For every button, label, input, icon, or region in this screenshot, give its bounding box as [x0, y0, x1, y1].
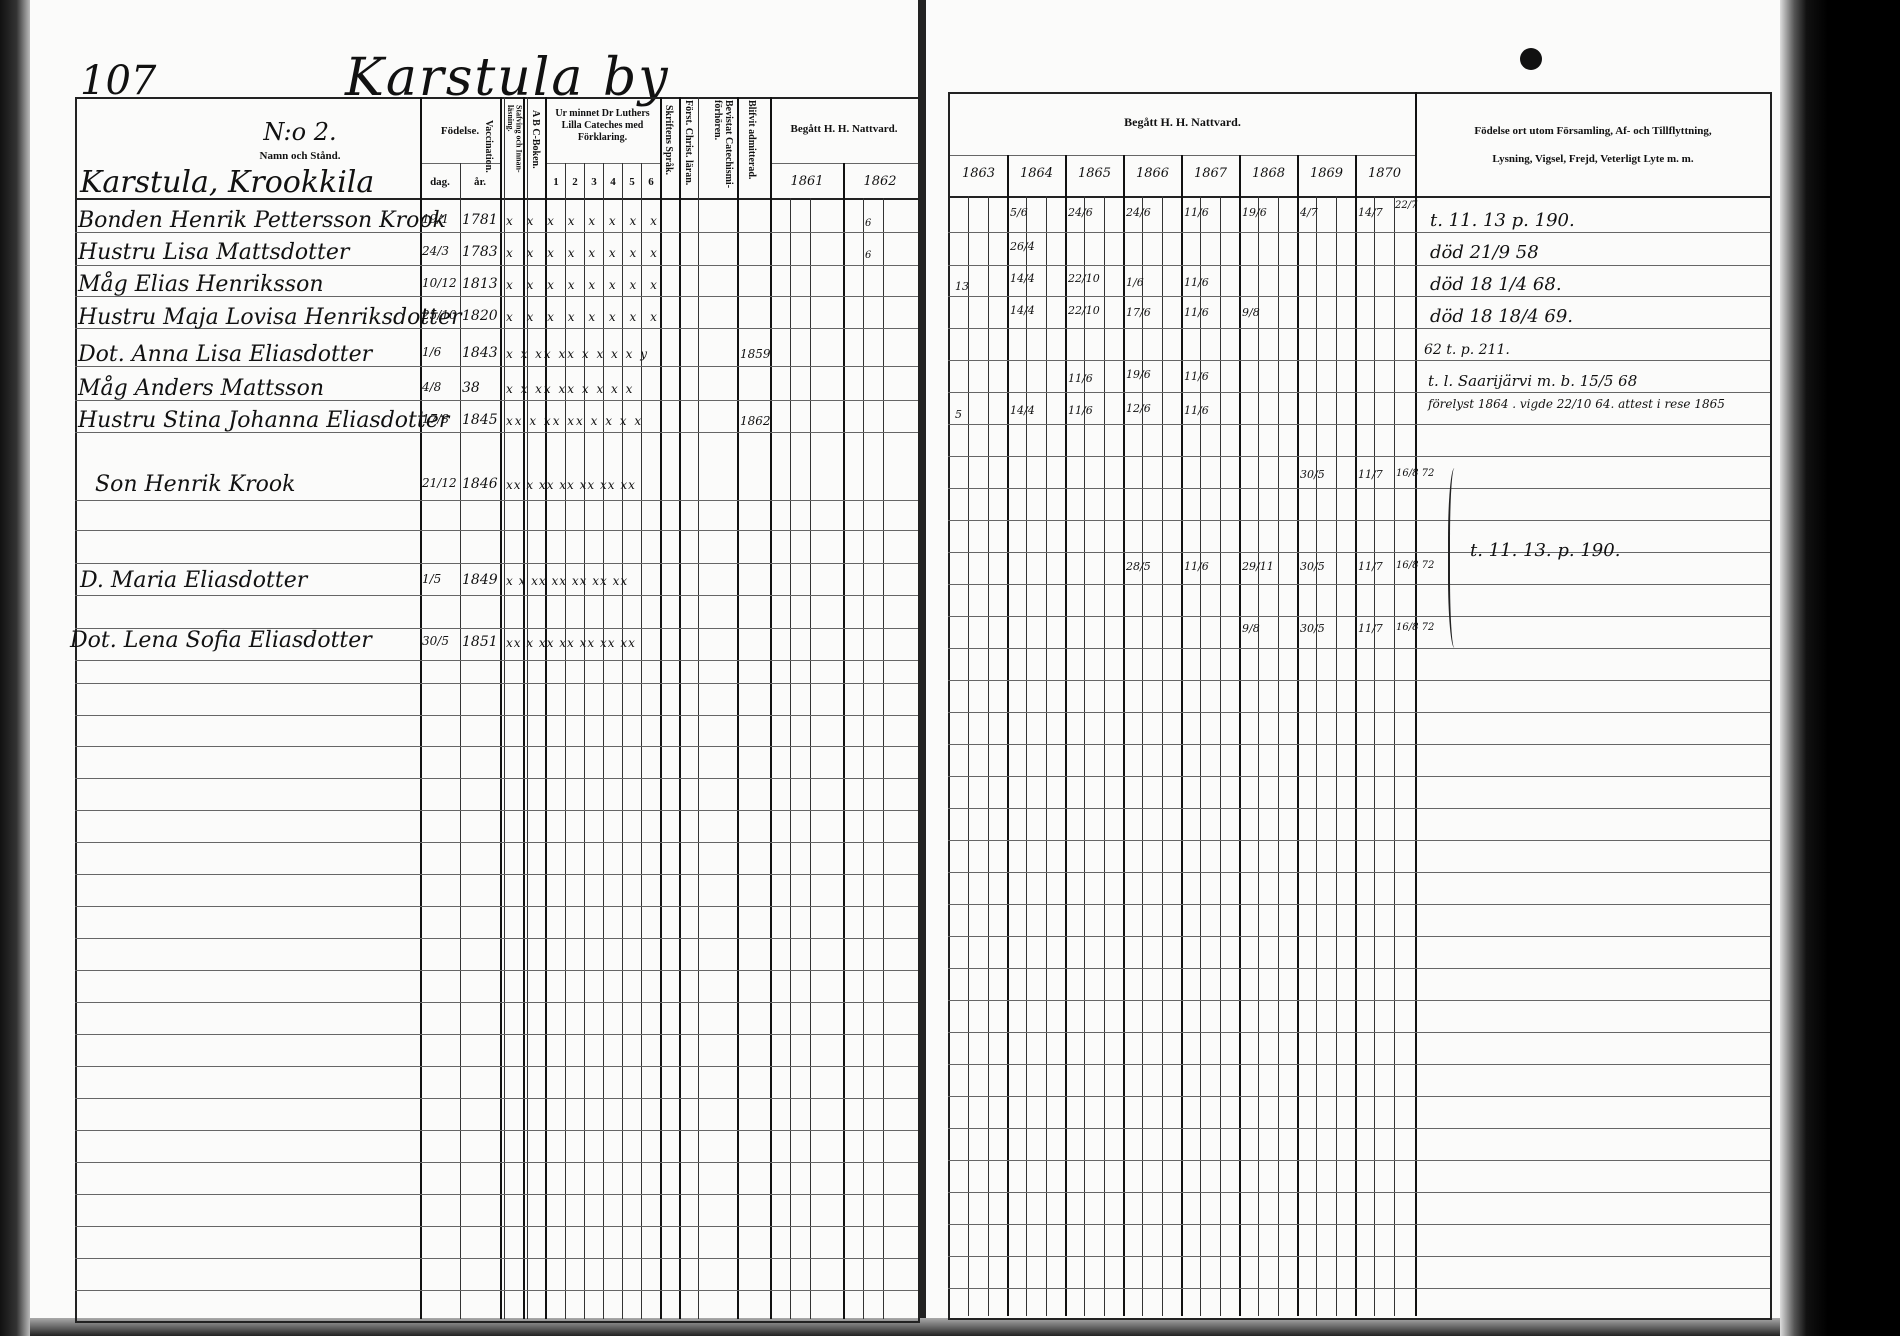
row-rule	[948, 1224, 1770, 1225]
first-christ-header: Först. Christ. läran.	[683, 100, 694, 195]
birth-day: 19/1	[422, 212, 449, 226]
communion-date: 14/4	[1010, 272, 1035, 285]
row-rule	[948, 360, 1770, 361]
remarks-header-line2: Lysning, Vigsel, Frejd, Veterligt Lyte m…	[1418, 153, 1768, 166]
rule	[1162, 196, 1163, 1316]
row-rule	[75, 1098, 918, 1099]
row-rule	[75, 842, 918, 843]
rule	[770, 97, 772, 1319]
row-rule	[75, 500, 918, 501]
communion-date: 11/7	[1358, 622, 1383, 635]
row-rule	[75, 530, 918, 531]
row-rule	[75, 1226, 918, 1227]
grouping-brace	[1448, 468, 1464, 648]
rule	[1026, 196, 1027, 1316]
communion-date: 11/7	[1358, 468, 1383, 481]
rule	[1084, 196, 1085, 1316]
remark: död 21/9 58	[1430, 242, 1539, 263]
row-rule	[948, 456, 1770, 457]
year-1870: 1870	[1356, 166, 1413, 182]
remark: t. 11. 13 p. 190.	[1430, 210, 1575, 231]
communion-date: 11/7	[1358, 560, 1383, 573]
rule	[698, 97, 699, 1319]
rule	[1123, 155, 1125, 1316]
communion-date: 22/7	[1395, 200, 1417, 211]
knowledge-marks: x x xx xx x x x x	[506, 382, 634, 396]
catechism-part-4: 4	[604, 176, 622, 189]
communion-date: 16/8 72	[1396, 622, 1434, 633]
row-rule	[75, 810, 918, 811]
rule	[1394, 196, 1395, 1316]
rule	[1104, 196, 1105, 1316]
row-rule	[948, 1064, 1770, 1065]
communion-date: 28/5	[1126, 560, 1151, 573]
person-name: Bonden Henrik Pettersson Krook	[78, 208, 446, 233]
communion-date: 1/6	[1126, 276, 1144, 289]
remark: t. 11. 13. p. 190.	[1470, 540, 1620, 561]
right-header-rule	[948, 196, 1770, 198]
rule	[737, 97, 739, 1319]
birth-day: 1/6	[422, 345, 441, 359]
rule	[460, 163, 461, 1319]
knowledge-marks: xx x xx xx xx xx xx	[506, 636, 636, 650]
row-rule	[948, 584, 1770, 585]
communion-header-left: Begått H. H. Nattvard.	[770, 123, 918, 136]
row-rule	[948, 424, 1770, 425]
row-rule	[75, 906, 918, 907]
row-rule	[75, 1194, 918, 1195]
remark: död 18 18/4 69.	[1430, 306, 1573, 327]
year-1862: 1862	[845, 174, 915, 190]
rule	[1316, 196, 1317, 1316]
row-rule	[948, 904, 1770, 905]
row-rule	[948, 488, 1770, 489]
knowledge-marks: xx x xx xx xx xx xx	[506, 478, 636, 492]
communion-date: 5	[955, 408, 962, 421]
row-rule	[75, 1258, 918, 1259]
rule	[1046, 196, 1047, 1316]
year-1861: 1861	[772, 174, 842, 190]
person-name: Dot. Anna Lisa Eliasdotter	[78, 342, 372, 367]
row-rule	[75, 778, 918, 779]
communion-date: 9/8	[1242, 622, 1260, 635]
row-rule	[75, 1034, 918, 1035]
scan-edge-right	[1780, 0, 1900, 1336]
rule	[1181, 155, 1183, 1316]
communion-date: 6	[865, 218, 871, 229]
row-rule	[75, 563, 918, 564]
row-rule	[948, 648, 1770, 649]
row-rule	[948, 1128, 1770, 1129]
year-1867: 1867	[1182, 166, 1239, 182]
row-rule	[948, 840, 1770, 841]
row-rule	[948, 1288, 1770, 1289]
scripture-header: Skriftens Språk.	[663, 105, 674, 195]
communion-date: 11/6	[1184, 276, 1209, 289]
rule	[500, 97, 502, 1319]
year-1868: 1868	[1240, 166, 1297, 182]
communion-date: 14/7	[1358, 206, 1383, 219]
household-heading: Karstula, Krookkila	[80, 165, 374, 200]
row-rule	[75, 1002, 918, 1003]
communion-header-right: Begått H. H. Nattvard.	[950, 115, 1415, 129]
row-rule	[948, 1032, 1770, 1033]
rule	[1065, 155, 1067, 1316]
row-rule	[948, 968, 1770, 969]
rule	[1007, 155, 1009, 1316]
catechism-part-6: 6	[642, 176, 660, 189]
catechism-part-1: 1	[547, 176, 565, 189]
knowledge-marks: x x xx xx x x x x y	[506, 347, 649, 361]
row-rule	[948, 776, 1770, 777]
rule	[504, 97, 505, 1319]
spelling-reading-header: Stafving och Innan-läsning.	[505, 105, 523, 195]
rule	[1278, 196, 1279, 1316]
rule	[622, 163, 623, 1319]
birth-year: 1849	[462, 572, 498, 588]
person-name: Dot. Lena Sofia Eliasdotter	[70, 628, 372, 653]
birth-day: 1/5	[422, 572, 441, 586]
row-rule	[948, 265, 1770, 266]
communion-date: 13	[955, 280, 969, 293]
communion-date: 6	[865, 250, 871, 261]
catechism-part-3: 3	[585, 176, 603, 189]
row-rule	[948, 616, 1770, 617]
row-rule	[948, 1192, 1770, 1193]
rule	[603, 163, 604, 1319]
name-column-header: Namn och Stånd.	[200, 150, 400, 163]
person-name: Son Henrik Krook	[95, 472, 296, 497]
row-rule	[75, 715, 918, 716]
admitted-year: 1859	[740, 347, 771, 361]
row-rule	[948, 328, 1770, 329]
year-1864: 1864	[1008, 166, 1065, 182]
communion-date: 4/7	[1300, 206, 1318, 219]
birth-year: 1843	[462, 345, 498, 361]
rule	[1258, 196, 1259, 1316]
communion-date: 19/6	[1242, 206, 1267, 219]
communion-date: 11/6	[1184, 370, 1209, 383]
communion-date: 30/5	[1300, 560, 1325, 573]
row-rule	[948, 872, 1770, 873]
birth-year: 1813	[462, 276, 498, 292]
communion-date: 11/6	[1068, 404, 1093, 417]
birth-day: 17/8	[422, 412, 449, 426]
communion-date: 11/6	[1184, 306, 1209, 319]
rule	[1297, 155, 1299, 1316]
row-rule	[948, 1096, 1770, 1097]
knowledge-marks: x x x x x x x x	[506, 214, 662, 228]
row-rule	[75, 1290, 918, 1291]
rule	[1239, 155, 1241, 1316]
row-rule	[75, 660, 918, 661]
row-rule	[75, 938, 918, 939]
year-1863: 1863	[950, 166, 1007, 182]
birth-year: 1783	[462, 244, 498, 260]
birth-day: 21/12	[422, 476, 457, 490]
communion-date: 16/8 72	[1396, 560, 1434, 571]
row-rule	[948, 296, 1770, 297]
row-rule	[948, 680, 1770, 681]
admitted-year: 1862	[740, 414, 771, 428]
row-rule	[75, 970, 918, 971]
communion-date: 30/5	[1300, 468, 1325, 481]
rule	[1142, 196, 1143, 1316]
communion-date: 11/6	[1184, 404, 1209, 417]
knowledge-marks: x x x x x x x x	[506, 278, 662, 292]
row-rule	[75, 1066, 918, 1067]
abc-book-header: A B C-Boken.	[530, 110, 541, 190]
row-rule	[948, 1256, 1770, 1257]
communion-date: 24/6	[1068, 206, 1093, 219]
row-rule	[948, 552, 1770, 553]
communion-date: 11/6	[1184, 560, 1209, 573]
rule	[1415, 92, 1417, 1316]
communion-date: 16/8 72	[1396, 468, 1434, 479]
birth-year: 1781	[462, 212, 498, 228]
communion-date: 24/6	[1126, 206, 1151, 219]
row-rule	[75, 1130, 918, 1131]
year-1865: 1865	[1066, 166, 1123, 182]
rule	[679, 97, 681, 1319]
row-rule	[948, 520, 1770, 521]
communion-date: 29/11	[1242, 560, 1274, 573]
rule	[641, 163, 642, 1319]
rule	[1200, 196, 1201, 1316]
birth-year: 1820	[462, 308, 498, 324]
birth-day-header: dag.	[420, 176, 460, 189]
vaccination-header: Vaccination.	[483, 120, 494, 195]
rule	[565, 163, 566, 1319]
rule	[1336, 196, 1337, 1316]
row-rule	[75, 683, 918, 684]
birth-year: 1846	[462, 476, 498, 492]
remark: 62 t. p. 211.	[1424, 342, 1510, 358]
communion-date: 19/6	[1126, 368, 1151, 381]
birth-year: 38	[462, 380, 480, 396]
birth-day: 10/12	[422, 276, 457, 290]
birth-day: 30/5	[422, 634, 449, 648]
person-name: Måg Anders Mattsson	[78, 376, 324, 401]
year-1866: 1866	[1124, 166, 1181, 182]
birth-day: 25/10	[422, 308, 457, 322]
person-name: Hustru Lisa Mattsdotter	[78, 240, 349, 265]
birth-year: 1845	[462, 412, 498, 428]
communion-date: 22/10	[1068, 272, 1100, 285]
row-rule	[948, 808, 1770, 809]
communion-date: 5/6	[1010, 206, 1028, 219]
remark: t. l. Saarijärvi m. b. 15/5 68	[1428, 372, 1637, 390]
rule	[584, 163, 585, 1319]
knowledge-marks: x x x x x x x x	[506, 246, 662, 260]
row-rule	[948, 1160, 1770, 1161]
rule	[968, 196, 969, 1316]
ink-blot	[1520, 48, 1542, 70]
rule	[1374, 196, 1375, 1316]
catechism-hearings-header: Bevistat Catechismi-förhören.	[712, 100, 734, 195]
birth-year-header: år.	[460, 176, 500, 189]
communion-date: 11/6	[1184, 206, 1209, 219]
birth-year: 1851	[462, 634, 498, 650]
rule	[1355, 155, 1357, 1316]
communion-date: 14/4	[1010, 404, 1035, 417]
row-rule	[948, 936, 1770, 937]
knowledge-marks: x x xx xx xx xx xx	[506, 574, 628, 588]
row-rule	[948, 744, 1770, 745]
remark: död 18 1/4 68.	[1430, 274, 1562, 295]
communion-date: 26/4	[1010, 240, 1035, 253]
rule	[1220, 196, 1221, 1316]
communion-date: 30/5	[1300, 622, 1325, 635]
row-rule	[948, 232, 1770, 233]
row-rule	[75, 1162, 918, 1163]
row-rule	[75, 595, 918, 596]
remarks-header-line1: Födelse ort utom Församling, Af- och Til…	[1418, 125, 1768, 138]
admitted-header: Blifvit admitterad.	[746, 100, 757, 195]
row-rule	[75, 746, 918, 747]
communion-date: 9/8	[1242, 306, 1260, 319]
rule	[843, 163, 845, 1319]
communion-date: 11/6	[1068, 372, 1093, 385]
year-1869: 1869	[1298, 166, 1355, 182]
row-rule	[75, 265, 918, 266]
person-name: Hustru Stina Johanna Eliasdotter	[78, 408, 449, 433]
birth-day: 4/8	[422, 380, 441, 394]
scan-edge-left	[0, 0, 30, 1336]
remark: förelyst 1864 . vigde 22/10 64. attest i…	[1428, 398, 1758, 411]
rule	[988, 196, 989, 1316]
row-rule	[948, 712, 1770, 713]
knowledge-marks: xx x xx xx x x x x	[506, 414, 643, 428]
communion-date: 12/6	[1126, 402, 1151, 415]
person-name: Hustru Maja Lovisa Henriksdotter	[78, 305, 462, 330]
catechism-header: Ur minnet Dr Luthers Lilla Cateches med …	[545, 108, 660, 144]
household-no: N:o 2.	[200, 118, 400, 147]
person-name: Måg Elias Henriksson	[78, 272, 324, 297]
catechism-part-5: 5	[623, 176, 641, 189]
person-name: D. Maria Eliasdotter	[80, 568, 307, 593]
birth-day: 24/3	[422, 244, 449, 258]
knowledge-marks: x x x x x x x x	[506, 310, 662, 324]
row-rule	[948, 1000, 1770, 1001]
catechism-part-2: 2	[566, 176, 584, 189]
row-rule	[75, 874, 918, 875]
communion-date: 17/6	[1126, 306, 1151, 319]
communion-date: 22/10	[1068, 304, 1100, 317]
row-rule	[948, 392, 1770, 393]
communion-date: 14/4	[1010, 304, 1035, 317]
